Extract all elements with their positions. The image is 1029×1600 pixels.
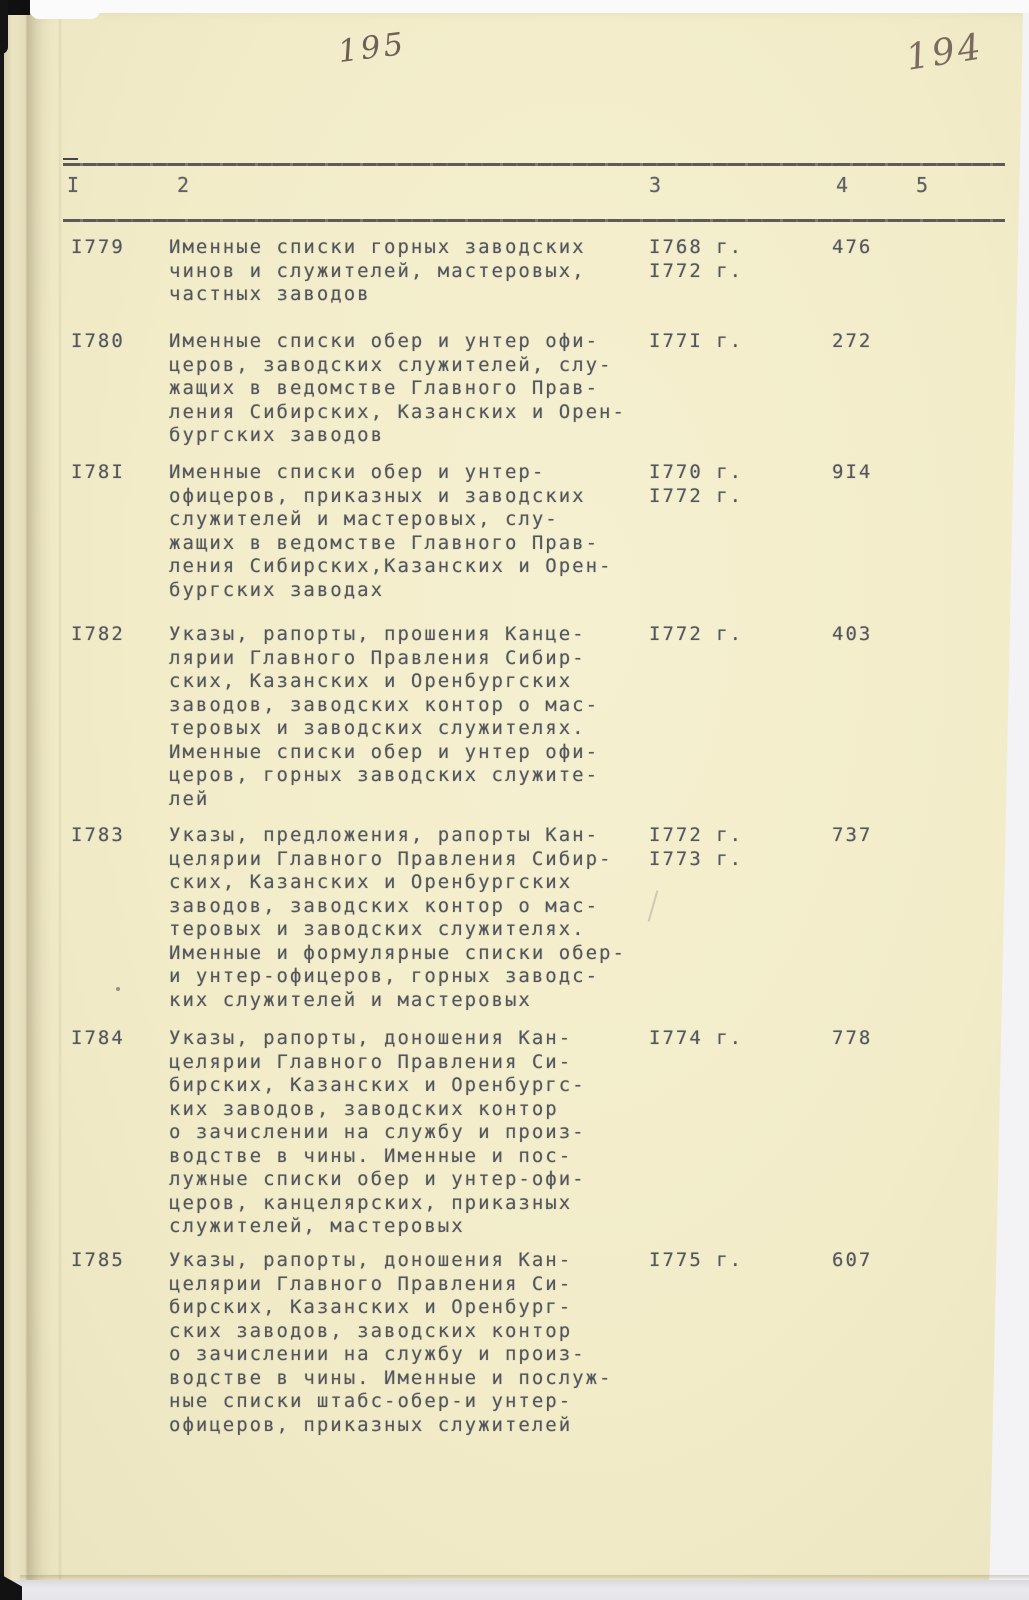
scan-corner-top-left-tail — [0, 0, 8, 54]
column-header-4: 4 — [836, 174, 850, 198]
record-quantity: 272 — [832, 330, 872, 354]
record-number: I784 — [71, 1027, 125, 1051]
record-dates: I774 г. — [649, 1027, 779, 1051]
paper-speck — [116, 987, 120, 991]
record-dates: I77I г. — [649, 330, 779, 354]
column-header-3: 3 — [649, 174, 663, 198]
record-description: Именные списки горных заводских чинов и … — [169, 236, 647, 307]
record-quantity: 607 — [832, 1249, 872, 1273]
table-header-rule-top — [63, 163, 1005, 166]
record-quantity: 778 — [832, 1027, 872, 1051]
record-description: Указы, рапорты, прошения Канце- лярии Гл… — [169, 623, 647, 811]
record-number: I780 — [71, 330, 125, 354]
record-dates: I768 г. I772 г. — [649, 236, 779, 283]
column-header-5: 5 — [916, 174, 930, 198]
page-edge-left-underpage — [4, 9, 30, 1594]
scanned-document-page: 195 194 I 2 3 4 5 I779 Именные списки го… — [0, 0, 1029, 1600]
scan-edge-left — [0, 0, 4, 1600]
record-quantity: 476 — [832, 236, 872, 260]
record-quantity: 737 — [832, 824, 872, 848]
record-dates: I775 г. — [649, 1249, 779, 1273]
record-number: I782 — [71, 623, 125, 647]
record-dates: I772 г. I773 г. — [649, 824, 779, 871]
record-quantity: 9I4 — [832, 461, 872, 485]
scanner-background-top — [22, 0, 1029, 13]
record-description: Указы, предложения, рапорты Кан- целярии… — [169, 824, 647, 1012]
record-number: I78I — [71, 461, 125, 485]
record-description: Именные списки обер и унтер- офицеров, п… — [169, 461, 647, 602]
record-number: I783 — [71, 824, 125, 848]
column-header-1: I — [67, 174, 81, 198]
record-dates: I770 г. I772 г. — [649, 461, 779, 508]
scanner-background-bottom — [0, 1580, 1029, 1600]
record-number: I779 — [71, 236, 125, 260]
scanner-background-top-notch — [30, 0, 100, 19]
record-dates: I772 г. — [649, 623, 779, 647]
record-number: I785 — [71, 1249, 125, 1273]
record-description: Указы, рапорты, доношения Кан- целярии Г… — [169, 1249, 647, 1437]
table-rule-notch — [63, 158, 78, 160]
record-quantity: 403 — [832, 623, 872, 647]
paper-crease — [58, 13, 62, 1580]
column-header-2: 2 — [177, 174, 191, 198]
table-header-rule-bottom — [63, 219, 1005, 222]
record-description: Именные списки обер и унтер офи- церов, … — [169, 330, 647, 448]
record-description: Указы, рапорты, доношения Кан- целярии Г… — [169, 1027, 647, 1239]
